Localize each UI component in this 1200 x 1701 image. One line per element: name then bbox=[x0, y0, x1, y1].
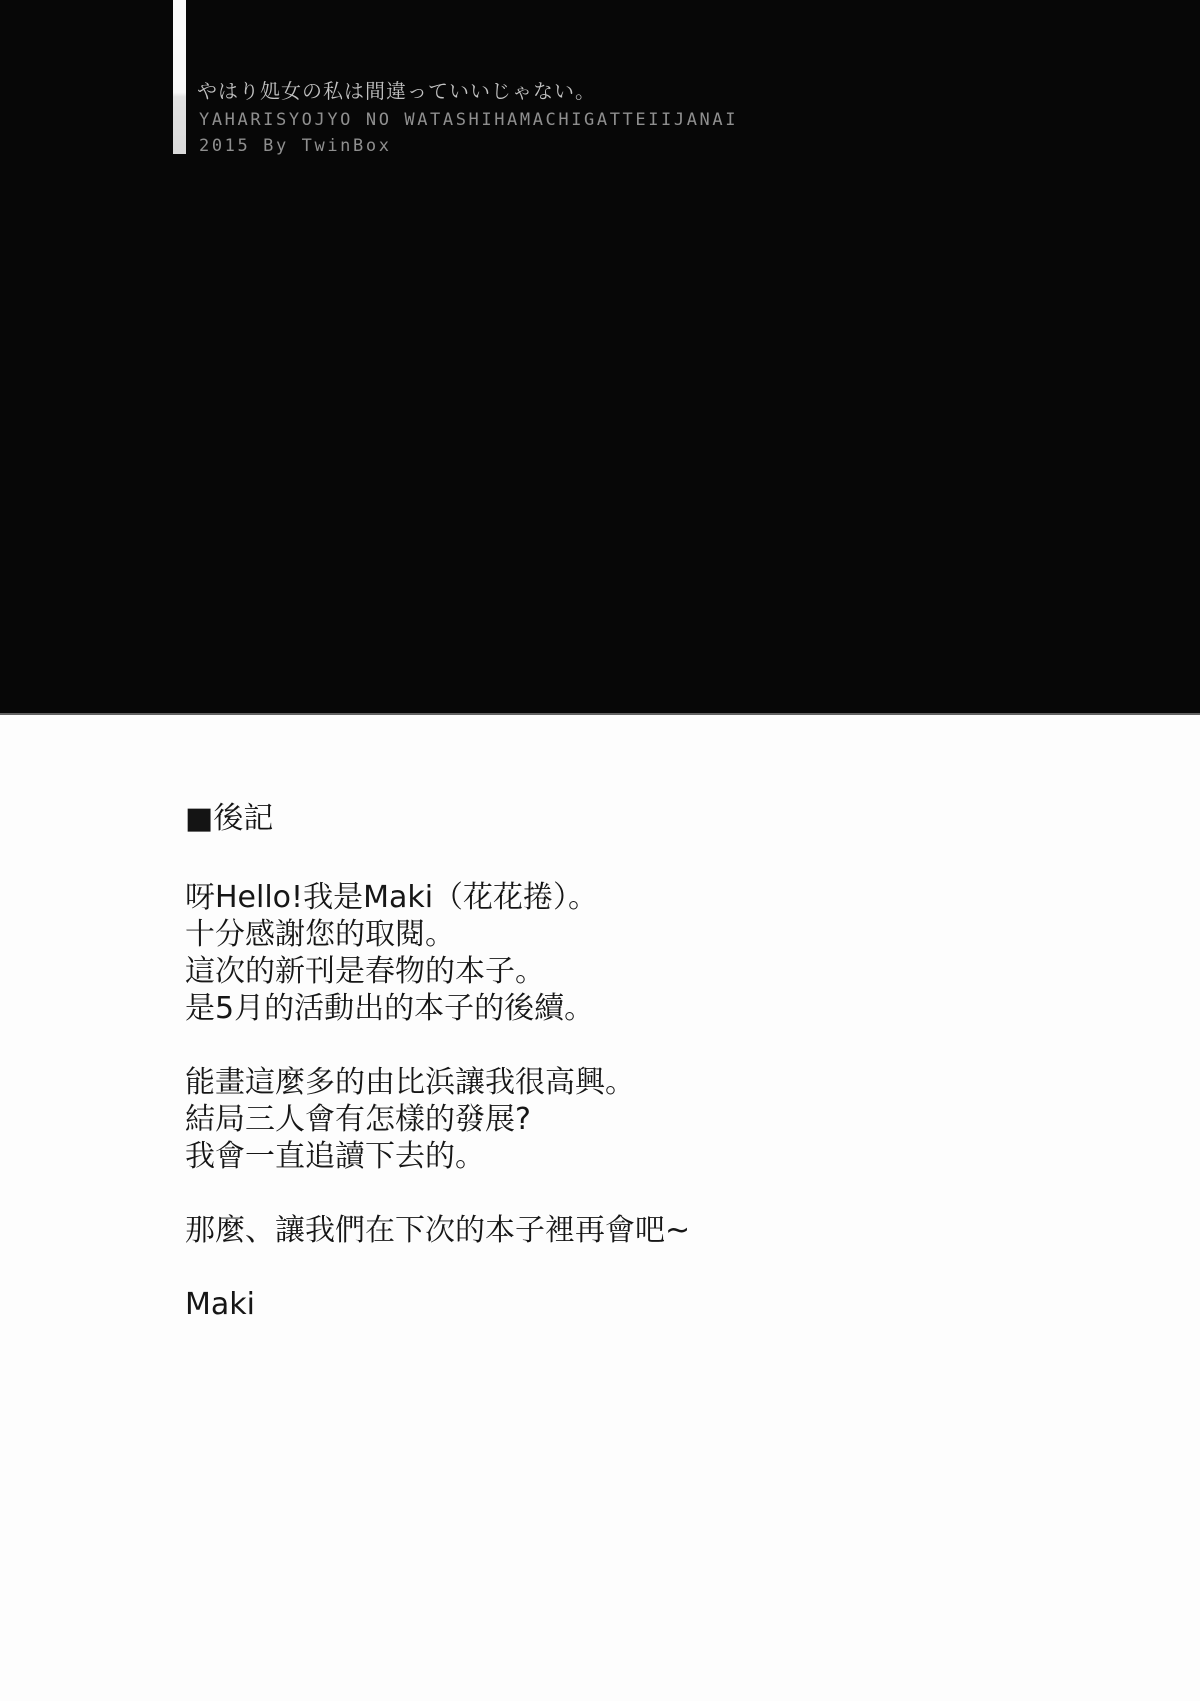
spine-highlight-bar bbox=[173, 0, 186, 154]
afterword-line: 我會一直追讀下去的。 bbox=[185, 1138, 690, 1175]
afterword-line: 能畫這麼多的由比浜讓我很高興。 bbox=[185, 1064, 690, 1101]
afterword-line: 是5月的活動出的本子的後續。 bbox=[185, 990, 690, 1027]
afterword-line: 呀Hello!我是Maki（花花捲）。 bbox=[185, 879, 690, 916]
afterword-body: 呀Hello!我是Maki（花花捲）。 十分感謝您的取閱。 這次的新刊是春物的本… bbox=[185, 879, 690, 1323]
series-title-japanese: やはり処女の私は間違っていいじゃない。 bbox=[197, 78, 596, 104]
afterword-paragraph-2: 能畫這麼多的由比浜讓我很高興。 結局三人會有怎樣的發展? 我會一直追讀下去的。 bbox=[185, 1064, 690, 1175]
signature: Maki bbox=[185, 1286, 690, 1323]
afterword-line: 那麼、讓我們在下次的本子裡再會吧~ bbox=[185, 1212, 690, 1249]
afterword-paragraph-3: 那麼、讓我們在下次的本子裡再會吧~ bbox=[185, 1212, 690, 1249]
doujin-afterword-page: やはり処女の私は間違っていいじゃない。 YAHARISYOJYO NO WATA… bbox=[0, 0, 1200, 1701]
afterword-paragraph-1: 呀Hello!我是Maki（花花捲）。 十分感謝您的取閱。 這次的新刊是春物的本… bbox=[185, 879, 690, 1027]
afterword-line: 十分感謝您的取閱。 bbox=[185, 916, 690, 953]
series-title-romaji: YAHARISYOJYO NO WATASHIHAMACHIGATTEIIJAN… bbox=[199, 110, 738, 130]
year-circle-credit: 2015 By TwinBox bbox=[199, 136, 392, 156]
afterword-heading: ■後記 bbox=[185, 800, 273, 838]
afterword-line: 結局三人會有怎樣的發展? bbox=[185, 1101, 690, 1138]
title-panel: やはり処女の私は間違っていいじゃない。 YAHARISYOJYO NO WATA… bbox=[0, 0, 1200, 715]
afterword-line: 這次的新刊是春物的本子。 bbox=[185, 953, 690, 990]
